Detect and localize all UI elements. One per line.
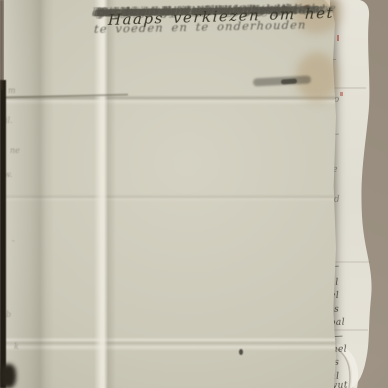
bleedthrough-mark: il. xyxy=(5,116,13,125)
bleedthrough-mark: m xyxy=(8,86,16,95)
table-edge-dark xyxy=(0,80,6,388)
corner-shadow xyxy=(0,364,16,388)
left-fold-bleedthrough: mil.new.-bkw xyxy=(0,0,98,388)
manuscript-text: na verkiesing — Om aldoTosten des Kindes… xyxy=(98,5,350,388)
bleedthrough-mark: - xyxy=(12,236,15,245)
bleedthrough-mark: k xyxy=(14,342,19,351)
bleedthrough-mark: b xyxy=(6,310,11,319)
table-edge-dark xyxy=(0,0,3,90)
bleedthrough-mark: ne xyxy=(10,146,20,155)
photograph-of-manuscript: –aoh—headiscet—calelausooale—beaelwswali… xyxy=(0,0,388,388)
